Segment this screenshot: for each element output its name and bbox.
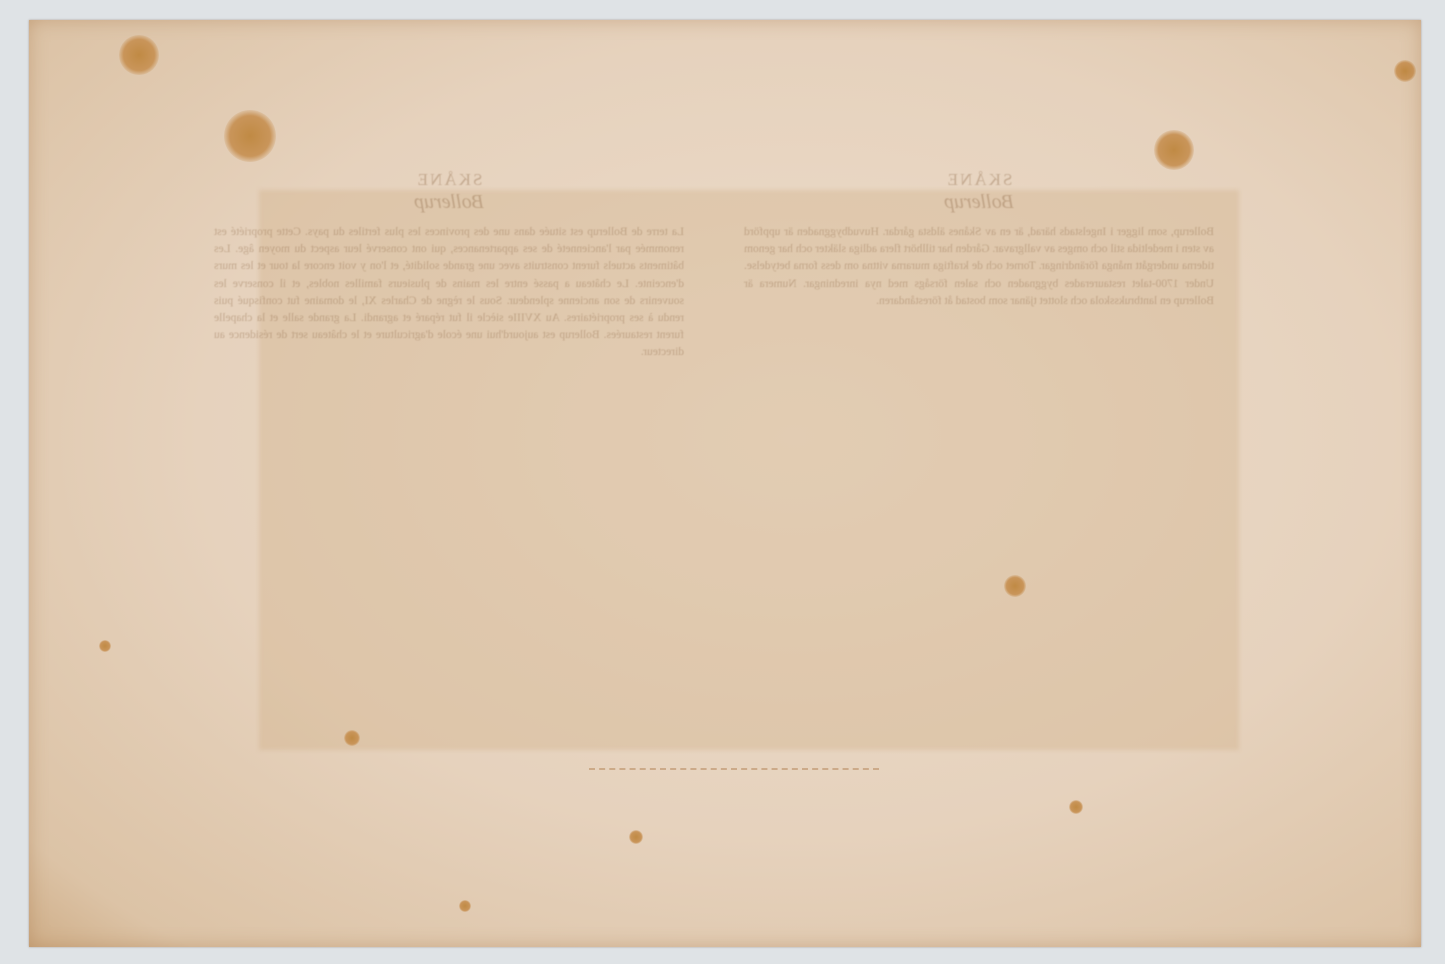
show-through-image-block [259,190,1239,750]
antique-paper-sheet: SKÅNE Bollerup La terre de Bollerup est … [29,20,1421,947]
left-page-body: La terre de Bollerup est située dans une… [214,224,684,362]
right-page-subtitle: Bollerup [744,190,1214,214]
right-page-title: SKÅNE [744,170,1214,190]
left-page-title: SKÅNE [214,170,684,190]
left-page-text: SKÅNE Bollerup La terre de Bollerup est … [214,170,684,362]
foxing-spot [1069,800,1083,814]
foxing-spot [344,730,360,746]
caption-rule [589,768,879,770]
foxing-spot [99,640,111,652]
foxing-spot [1394,60,1416,82]
left-page-subtitle: Bollerup [214,190,684,214]
right-page-body: Bollerup, som ligger i Ingelstads härad,… [744,224,1214,310]
right-page-text: SKÅNE Bollerup Bollerup, som ligger i In… [744,170,1214,310]
foxing-spot [1154,130,1194,170]
foxing-spot [224,110,276,162]
foxing-spot [1004,575,1026,597]
foxing-spot [119,35,159,75]
foxing-spot [629,830,643,844]
foxing-spot [459,900,471,912]
